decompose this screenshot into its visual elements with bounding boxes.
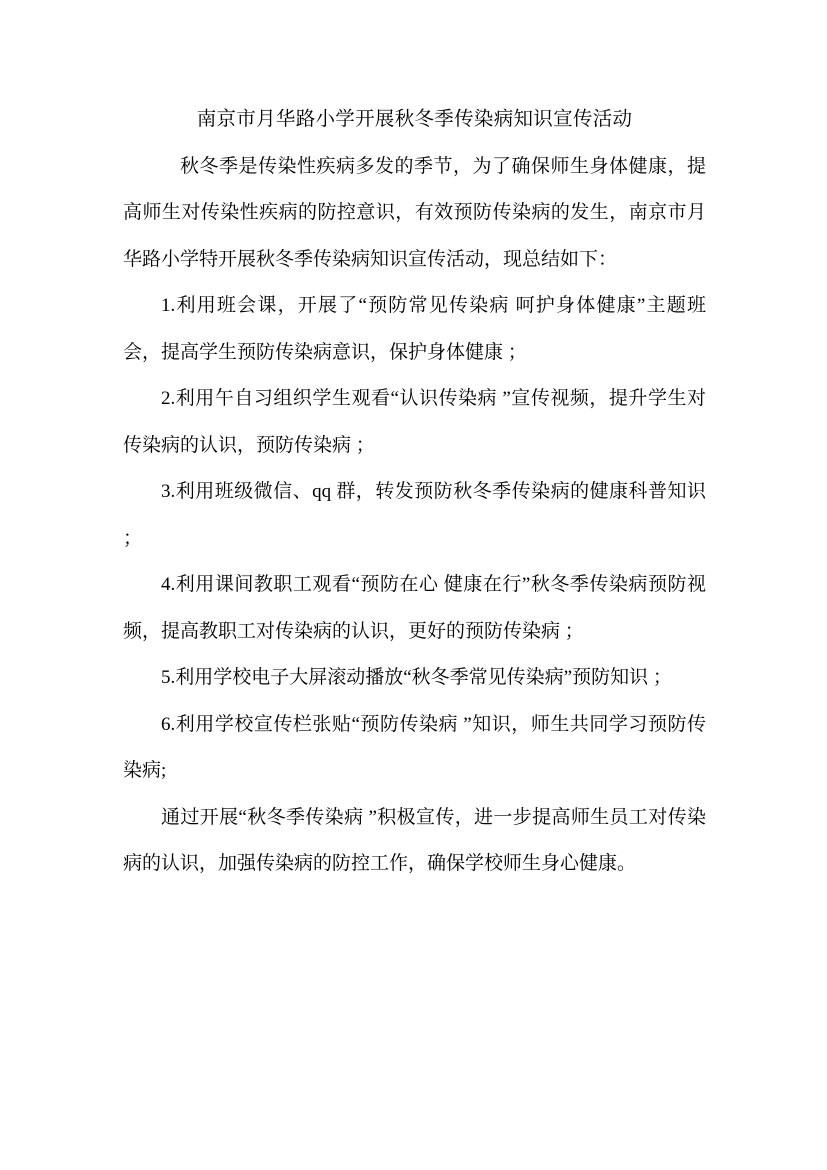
paragraph-item-6: 6.利用学校宣传栏张贴“预防传染病 ”知识，师生共同学习预防传染病;	[123, 702, 706, 795]
paragraph-item-1: 1.利用班会课，开展了“预防常见传染病 呵护身体健康”主题班会，提高学生预防传染…	[123, 283, 706, 376]
paragraph-conclusion: 通过开展“秋冬季传染病 ”积极宣传，进一步提高师生员工对传染病的认识，加强传染病…	[123, 795, 706, 888]
paragraph-item-2: 2.利用午自习组织学生观看“认识传染病 ”宣传视频，提升学生对传染病的认识，预防…	[123, 376, 706, 469]
paragraph-item-5: 5.利用学校电子大屏滚动播放“秋冬季常见传染病”预防知识 ；	[123, 655, 706, 702]
paragraph-item-3: 3.利用班级微信、qq 群，转发预防秋冬季传染病的健康科普知识 ；	[123, 469, 706, 562]
document-title: 南京市月华路小学开展秋冬季传染病知识宣传活动	[123, 97, 706, 144]
paragraph-item-4: 4.利用课间教职工观看“预防在心 健康在行”秋冬季传染病预防视频，提高教职工对传…	[123, 562, 706, 655]
document-page: 南京市月华路小学开展秋冬季传染病知识宣传活动 秋冬季是传染性疾病多发的季节，为了…	[0, 0, 827, 1170]
paragraph-intro: 秋冬季是传染性疾病多发的季节，为了确保师生身体健康，提高师生对传染性疾病的防控意…	[123, 144, 706, 284]
